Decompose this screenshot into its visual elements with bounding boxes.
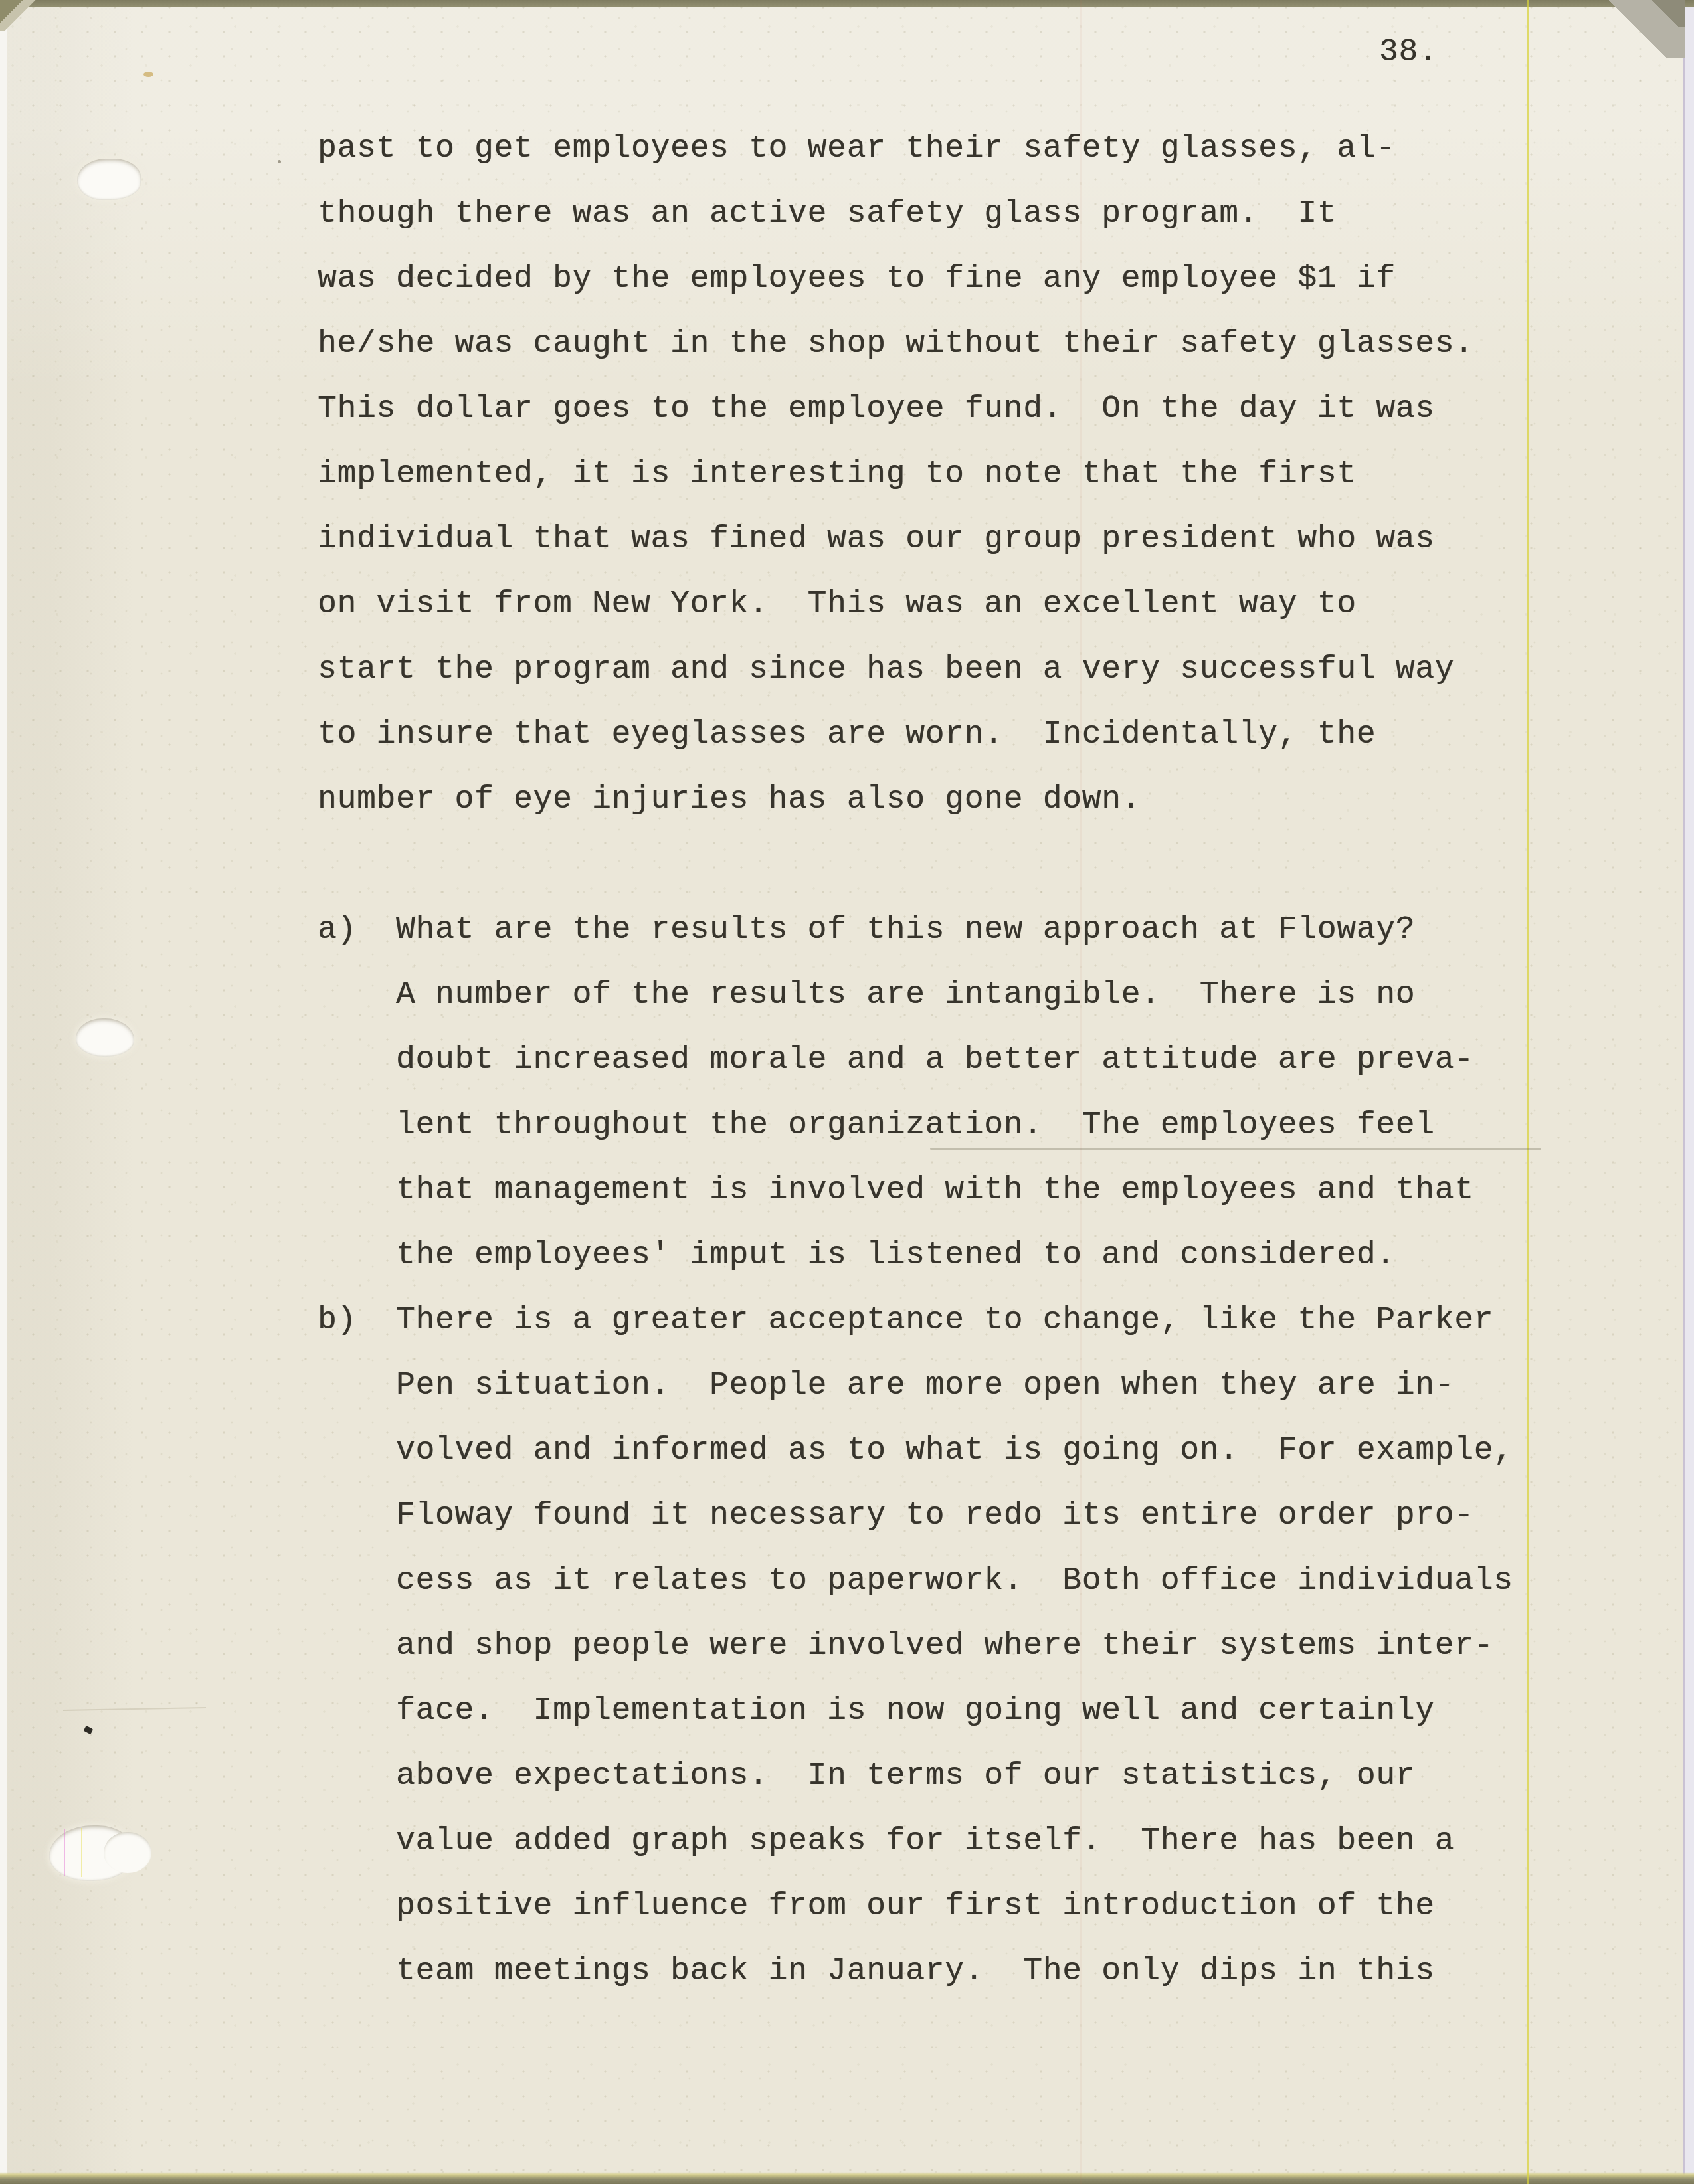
text-line: the employees' imput is listened to and … <box>318 1223 1513 1288</box>
text-line: team meetings back in January. The only … <box>318 1939 1513 2004</box>
text-line: above expectations. In terms of our stat… <box>318 1744 1513 1809</box>
page-number: 38. <box>1379 35 1438 70</box>
typed-paragraph: past to get employees to wear their safe… <box>318 116 1513 832</box>
text-line: was decided by the employees to fine any… <box>318 246 1513 312</box>
punch-hole-middle <box>76 1018 134 1057</box>
text-line: Pen situation. People are more open when… <box>318 1353 1513 1418</box>
typed-body: past to get employees to wear their safe… <box>318 116 1513 2004</box>
text-line: volved and informed as to what is going … <box>318 1418 1513 1483</box>
text-line: b) There is a greater acceptance to chan… <box>318 1288 1513 1353</box>
text-line: individual that was fined was our group … <box>318 507 1513 572</box>
text-line: implemented, it is interesting to note t… <box>318 442 1513 507</box>
text-line: Floway found it necessary to redo its en… <box>318 1483 1513 1548</box>
scan-edge-top <box>0 0 1694 7</box>
scan-edge-left <box>0 0 7 2184</box>
text-line: to insure that eyeglasses are worn. Inci… <box>318 702 1513 767</box>
text-line: a) What are the results of this new appr… <box>318 897 1513 962</box>
text-line: cess as it relates to paperwork. Both of… <box>318 1548 1513 1613</box>
text-line: A number of the results are intangible. … <box>318 962 1513 1028</box>
text-line: start the program and since has been a v… <box>318 637 1513 702</box>
hole-fiber-yellow <box>81 1828 82 1877</box>
ink-speck <box>84 1726 94 1735</box>
page-corner-fold-shadow <box>1592 0 1685 58</box>
list-item-b: b) There is a greater acceptance to chan… <box>318 1288 1513 2004</box>
punch-hole-top <box>77 159 141 200</box>
text-line: that management is involved with the emp… <box>318 1158 1513 1223</box>
scan-edge-right <box>1683 0 1694 2184</box>
page-corner-fold-dark <box>1646 0 1685 27</box>
scanner-yellow-streak <box>1527 0 1529 2184</box>
text-line: he/she was caught in the shop without th… <box>318 312 1513 377</box>
ink-speck <box>278 160 281 163</box>
text-line: This dollar goes to the employee fund. O… <box>318 377 1513 442</box>
text-line: value added graph speaks for itself. The… <box>318 1809 1513 1874</box>
text-line: face. Implementation is now going well a… <box>318 1679 1513 1744</box>
text-line: though there was an active safety glass … <box>318 181 1513 246</box>
paper-crease <box>63 1707 206 1711</box>
punch-hole-bottom <box>49 1825 134 1881</box>
text-line: positive influence from our first introd… <box>318 1874 1513 1939</box>
text-line: doubt increased morale and a better atti… <box>318 1028 1513 1093</box>
text-line: and shop people were involved where thei… <box>318 1613 1513 1679</box>
text-line: number of eye injuries has also gone dow… <box>318 767 1513 832</box>
text-line: past to get employees to wear their safe… <box>318 116 1513 181</box>
hole-fiber-pink <box>64 1829 65 1876</box>
text-line: on visit from New York. This was an exce… <box>318 572 1513 637</box>
text-line: lent throughout the organization. The em… <box>318 1093 1513 1158</box>
page-corner-top-left <box>0 0 57 31</box>
list-item-a: a) What are the results of this new appr… <box>318 897 1513 1288</box>
scanned-document-page: 38. past to get employees to wear their … <box>0 0 1694 2184</box>
paper-stain-speck <box>143 72 153 77</box>
scan-edge-bottom <box>0 2172 1694 2184</box>
